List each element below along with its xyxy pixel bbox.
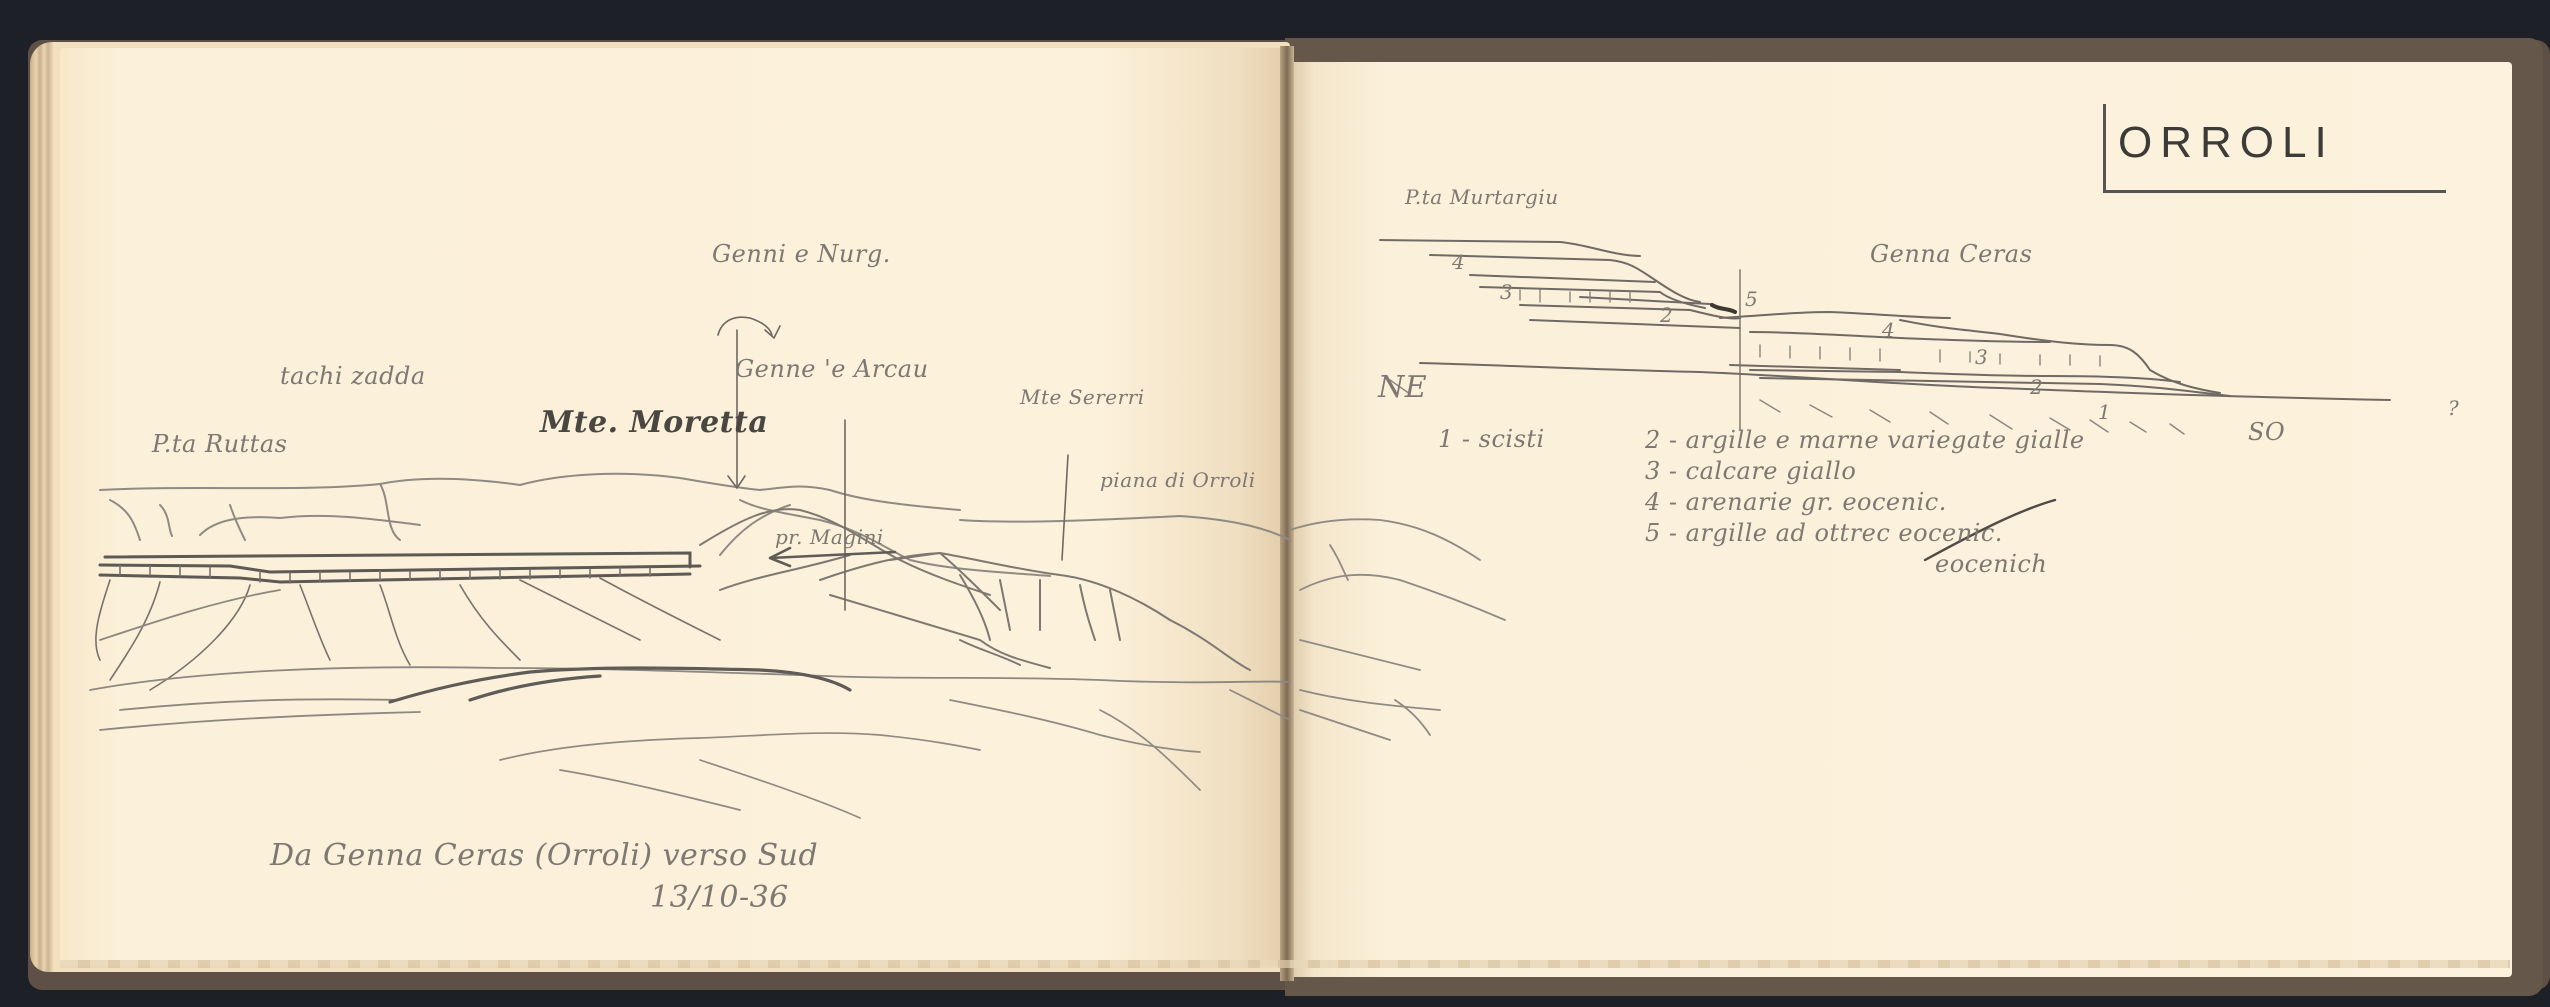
book-gutter bbox=[1280, 46, 1294, 981]
legend-item-4: 4 - arenarie gr. eocenic. bbox=[1645, 487, 2085, 518]
label-pta-ruttas: P.ta Ruttas bbox=[152, 430, 287, 458]
layer-4b-label: 4 bbox=[1882, 318, 1895, 342]
layer-2-label: 2 bbox=[1660, 303, 1673, 327]
page-title: ORROLI bbox=[2118, 118, 2335, 168]
label-tachi-zadda: tachi zadda bbox=[280, 362, 426, 390]
label-mid-hill: pr. Magini bbox=[775, 525, 884, 549]
label-genne-arcau: Genne 'e Arcau bbox=[735, 355, 929, 383]
label-mte-moretta: Mte. Moretta bbox=[540, 405, 768, 440]
layer-4-label: 4 bbox=[1452, 250, 1465, 274]
legend-item-5: 5 - argille ad ottrec eocenic. bbox=[1645, 518, 2085, 549]
layer-3b-label: 3 bbox=[1975, 345, 1988, 369]
layer-5-label: 5 bbox=[1745, 287, 1758, 311]
layer-2b-label: 2 bbox=[2030, 375, 2043, 399]
layer-3-label: 3 bbox=[1500, 280, 1513, 304]
label-pta-murtargiu: P.ta Murtargiu bbox=[1405, 185, 1559, 209]
legend-list: 2 - argille e marne variegate gialle 3 -… bbox=[1645, 425, 2085, 580]
legend-item-3: 3 - calcare giallo bbox=[1645, 456, 2085, 487]
label-so: SO bbox=[2248, 418, 2285, 446]
label-edge-mark: ? bbox=[2448, 396, 2459, 420]
legend-item-5-note: eocenich bbox=[1645, 549, 2085, 580]
left-page bbox=[60, 48, 1285, 966]
legend-item-2: 2 - argille e marne variegate gialle bbox=[1645, 425, 2085, 456]
caption-line: Da Genna Ceras (Orroli) verso Sud bbox=[270, 838, 818, 873]
label-genna-ceras: Genna Ceras bbox=[1870, 240, 2032, 268]
layer-1-label: 1 bbox=[2098, 400, 2111, 424]
label-ne: NE bbox=[1378, 370, 1427, 405]
page-bottom-edge bbox=[60, 960, 2510, 968]
label-piana-orroli: piana di Orroli bbox=[1100, 468, 1256, 492]
label-mte-sererri: Mte Sererri bbox=[1020, 385, 1145, 409]
legend-item-1: 1 - scisti bbox=[1438, 425, 1545, 453]
label-genni-nuragus: Genni e Nurg. bbox=[712, 240, 891, 268]
caption-date: 13/10-36 bbox=[650, 880, 789, 915]
